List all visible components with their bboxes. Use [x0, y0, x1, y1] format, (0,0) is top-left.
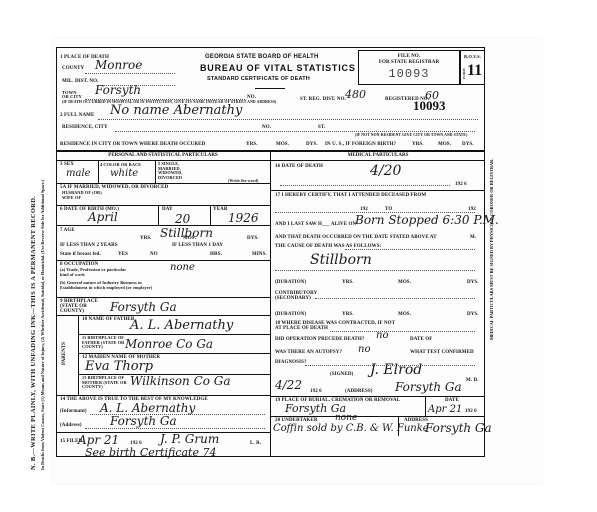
dob-divider-1 — [158, 205, 159, 225]
row-line-8 — [78, 353, 270, 354]
m-label: M. — [470, 235, 476, 240]
bovs-box: B.O.V.S. FORM 11 — [460, 50, 485, 85]
county-label: COUNTY — [62, 66, 84, 71]
duration-yrs: YRS. — [342, 280, 354, 285]
autopsy-value[interactable]: no — [358, 344, 370, 355]
parents-label: PARENTS — [62, 342, 67, 365]
dob-year-label: YEAR — [213, 207, 228, 212]
row-line-10 — [56, 395, 270, 396]
burial-date-divider — [425, 396, 426, 416]
signed-label: (SIGNED) — [330, 372, 353, 377]
county-value[interactable]: Monroe — [95, 58, 142, 72]
registrar-value[interactable]: J. P. Grum — [160, 432, 219, 446]
column-divider — [270, 150, 271, 456]
mins-label: Mins. — [252, 252, 267, 257]
where-contracted-line — [330, 331, 475, 332]
registrar-suffix: L. R. — [250, 441, 261, 446]
hrs-label: Hrs. — [210, 252, 222, 257]
occupation-value[interactable]: none — [170, 262, 195, 273]
signed-address-value[interactable]: Forsyth Ga — [395, 380, 462, 394]
bovs-label: B.O.V.S. — [461, 54, 484, 59]
color-value[interactable]: white — [110, 168, 138, 179]
residence-mos: Mos. — [276, 142, 289, 147]
file-no-value: 10093 — [359, 67, 459, 81]
parents-divider — [78, 315, 79, 395]
duration-mos: MOS. — [398, 280, 411, 285]
informant-label: (Informant) — [60, 409, 87, 414]
st-reg-dist-value[interactable]: 480 — [345, 88, 366, 101]
dob-month[interactable]: April — [88, 210, 118, 224]
dob-day-label: DAY — [162, 207, 173, 212]
duration-label: (DURATION) — [275, 280, 306, 285]
foreign-yrs: Yrs. — [412, 142, 424, 147]
cause-value[interactable]: Stillborn — [310, 252, 372, 268]
certify-label: 17 I HEREBY CERTIFY, THAT I ATTENDED DEC… — [275, 193, 426, 198]
operation-label: DID OPERATION PRECEDE DEATH? — [275, 337, 364, 342]
diagnosis-label: DIAGNOSIS? — [275, 360, 307, 365]
father-label: 10 NAME OF FATHER — [82, 317, 135, 322]
undertaker-address-value[interactable]: Forsyth Ga — [425, 421, 492, 435]
breastfed-yes: Yes — [118, 252, 128, 257]
no-label: No. — [247, 95, 256, 100]
date-of-death-line — [280, 185, 450, 186]
town-label: TOWN OR CITY — [62, 91, 82, 99]
occupation-b: (b) General nature of Industry Business … — [60, 281, 155, 290]
birthplace-value[interactable]: Forsyth Ga — [110, 300, 177, 314]
duration2-dys: DYS. — [467, 312, 479, 317]
full-name-line — [98, 119, 478, 120]
county-line — [85, 73, 175, 74]
mother-birthplace-value[interactable]: Wilkinson Co Ga — [130, 374, 231, 388]
contributory-label: CONTRIBUTORY (Secondary) — [275, 292, 315, 301]
row-line-4 — [56, 260, 270, 261]
test-label: WHAT TEST CONFIRMED — [410, 350, 474, 355]
undertaker-note: none — [335, 413, 357, 423]
breastfed-no: No — [150, 252, 158, 257]
age-yrs-label: Yrs. — [140, 236, 152, 241]
date-of-label: DATE OF — [410, 337, 432, 342]
color-label: 4 COLOR OR RACE — [100, 162, 141, 167]
registered-stamp: 10093 — [413, 98, 446, 114]
file-no-sub: FOR STATE REGISTRAR — [359, 60, 459, 65]
informant-address-value[interactable]: Forsyth Ga — [110, 414, 177, 428]
residence-dys: Dys. — [306, 142, 318, 147]
town-value[interactable]: Forsyth — [95, 83, 141, 97]
st-reg-dist-label: ST. REG. DIST. No. — [300, 97, 346, 102]
foreign-mos: Mos. — [438, 142, 451, 147]
row-line-5 — [56, 297, 270, 298]
burial-year: 192 6 — [465, 409, 477, 414]
death-occurred-label: AND THAT DEATH OCCURRED ON THE DATE STAT… — [275, 235, 437, 240]
right-margin-note: MEDICAL PARTICULARS MUST BE SIGNED BY PH… — [489, 159, 494, 340]
signed-value[interactable]: J. Elrod — [370, 362, 422, 378]
left-margin-note: In Deaths from Violent Causes, State (1)… — [40, 180, 45, 470]
duration2-label: (DURATION) — [275, 312, 306, 317]
md-label: M. D. — [466, 378, 479, 383]
foreign-dys: Dys. — [462, 142, 474, 147]
breastfed-label: State if breast fed. — [60, 252, 101, 257]
autopsy-label: WAS THERE AN AUTOPSY? — [275, 350, 342, 355]
full-name-label: 2 FULL NAME — [60, 113, 94, 118]
title-underline — [255, 88, 285, 89]
dob-divider-2 — [210, 205, 211, 225]
full-name-value[interactable]: No name Abernathy — [110, 103, 242, 118]
sex-value[interactable]: male — [66, 168, 91, 179]
residence-line — [115, 131, 475, 132]
certificate-title: STANDARD CERTIFICATE OF DEATH — [207, 76, 310, 82]
contributory-line — [315, 298, 475, 299]
bureau-title: BUREAU OF VITAL STATISTICS — [200, 63, 356, 73]
informant-value[interactable]: A. L. Abernathy — [100, 401, 195, 415]
signed-date[interactable]: 4/22 — [275, 378, 302, 392]
age-mos-label: Mos. — [183, 236, 196, 241]
duration2-mos: MOS. — [398, 312, 411, 317]
file-no-label: FILE No. — [359, 54, 459, 59]
dob-day[interactable]: 20 — [175, 212, 190, 226]
cause-line-2 — [275, 270, 475, 271]
color-divider — [155, 160, 156, 183]
residence-no-label: No. — [262, 125, 271, 130]
informant-address-label: (Address) — [60, 423, 82, 428]
residence-st-label: ST. — [318, 125, 325, 130]
burial-date-label: DATE — [445, 398, 459, 403]
dob-year[interactable]: 1926 — [228, 211, 259, 225]
filed-value[interactable]: Apr 21 — [78, 433, 119, 447]
spouse-sub: HUSBAND of (or) WIFE of — [62, 191, 102, 200]
date-of-death-value[interactable]: 4/20 — [370, 163, 401, 179]
informant-address-line — [85, 428, 265, 429]
sex-label: 3 SEX — [60, 162, 74, 167]
foreign-birth-label: In U. S., if Foreign Birth? — [325, 142, 396, 147]
father-value[interactable]: A. L. Abernathy — [130, 318, 233, 333]
med-row-line-2 — [270, 396, 485, 397]
form-label: FORM — [462, 68, 466, 79]
undertaker-divider — [398, 416, 399, 436]
last-saw-value[interactable]: Born Stopped 6:30 P.M. — [355, 213, 499, 227]
age-label: 7 AGE — [60, 228, 75, 233]
last-saw-label: AND I LAST SAW H___ ALIVE ON — [275, 222, 356, 227]
residence-yrs: Yrs. — [246, 142, 258, 147]
residence-city-label: RESIDENCE, CITY — [62, 125, 108, 130]
row-line-1 — [56, 183, 270, 184]
medical-section-title: MEDICAL PARTICULARS — [272, 153, 484, 158]
med-row-line-3 — [270, 416, 485, 417]
date-of-death-label: 16 DATE OF DEATH — [275, 164, 323, 169]
board-title: GEORGIA STATE BOARD OF HEALTH — [205, 54, 319, 60]
marital-label: 5 SINGLE, MARRIED, WIDOWED, DIVORCED — [158, 162, 198, 180]
less-one-day-label: IF LESS THAN 1 DAY — [172, 243, 223, 248]
file-number-box: FILE No. FOR STATE REGISTRAR 10093 — [358, 50, 460, 85]
med-row-line-1 — [270, 190, 485, 191]
operation-value[interactable]: no — [376, 330, 388, 341]
row-line-6 — [56, 315, 270, 316]
cause-line-1 — [345, 249, 475, 250]
signed-address-label: (ADDRESS) — [345, 389, 373, 394]
section-head-line — [56, 160, 485, 161]
occupation-a: (a) Trade, Profession or particular kind… — [60, 268, 135, 277]
age-dys-label: Dys. — [247, 236, 259, 241]
personal-section-title: PERSONAL AND STATISTICAL PARTICULARS — [56, 153, 270, 158]
mil-dist-label: MIL. DIST. NO. — [62, 79, 98, 84]
form-number: 11 — [467, 62, 482, 80]
less-two-years-label: IF LESS THAN 2 YEARS — [60, 243, 118, 248]
nonresident-note: (If not non-resident give City or Town a… — [355, 133, 467, 137]
father-birthplace-value[interactable]: Monroe Co Ga — [125, 337, 213, 351]
duration2-yrs: YRS. — [342, 312, 354, 317]
burial-date-value[interactable]: Apr 21 — [428, 404, 462, 415]
left-margin-instruction: N. B.—WRITE PLAINLY, WITH UNFADING INK—T… — [30, 196, 37, 470]
sex-divider — [98, 160, 99, 183]
residence-length-label: RESIDENCE IN CITY OR TOWN WHERE DEATH OC… — [60, 142, 205, 147]
date-of-death-year: 192 6 — [455, 182, 467, 187]
duration-dys: DYS. — [467, 280, 479, 285]
mother-value[interactable]: Eva Thorp — [85, 359, 153, 374]
signed-year: 192 6 — [310, 389, 322, 394]
birth-certificate-note: See birth Certificate 74 — [85, 446, 216, 459]
row-line-2 — [56, 205, 270, 206]
undertaker-value[interactable]: Coffin sold by C.B. & W. Funke — [273, 423, 429, 434]
birthplace-label: 9 BIRTHPLACE (State or County) — [60, 299, 100, 314]
